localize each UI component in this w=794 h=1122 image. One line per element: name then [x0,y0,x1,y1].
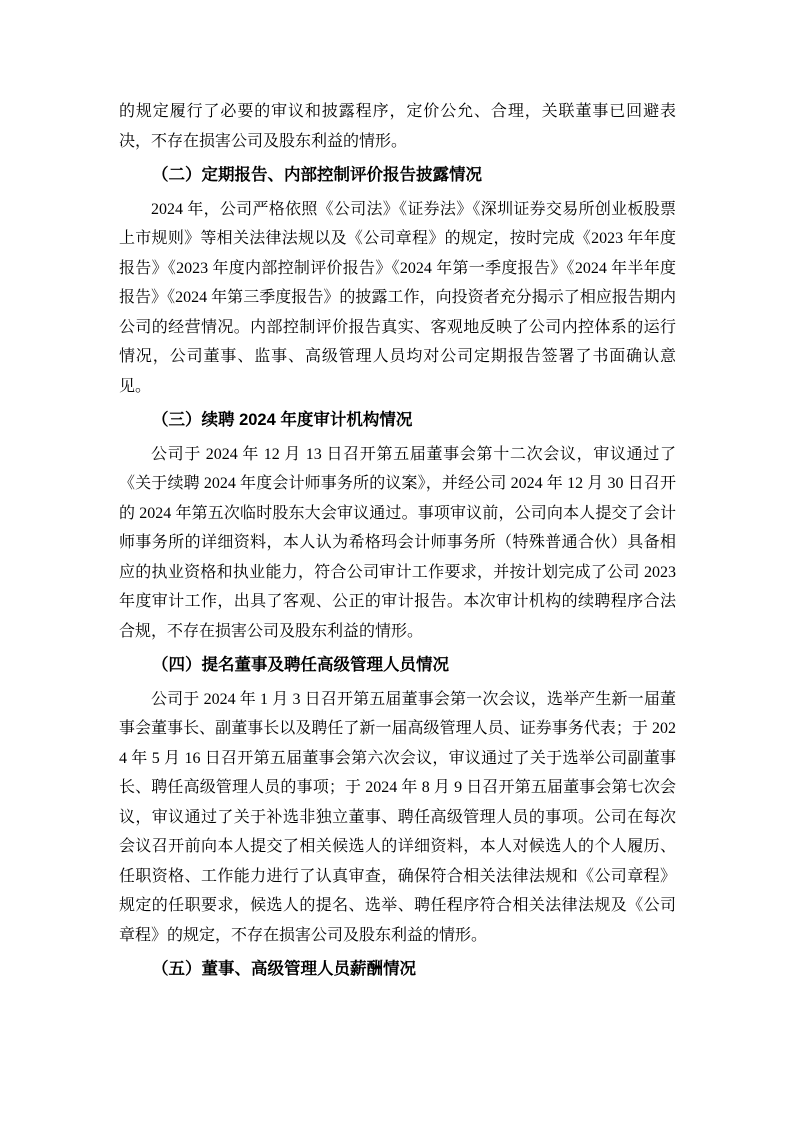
section-heading: （五）董事、高级管理人员薪酬情况 [119,955,676,985]
section-heading: （二）定期报告、内部控制评价报告披露情况 [119,161,676,191]
section-heading: （四）提名董事及聘任高级管理人员情况 [119,651,676,681]
document-content: 的规定履行了必要的审议和披露程序，定价公允、合理，关联董事已回避表决，不存在损害… [119,97,676,985]
body-paragraph: 公司于 2024 年 12 月 13 日召开第五届董事会第十二次会议，审议通过了… [119,440,676,647]
section-heading: （三）续聘 2024 年度审计机构情况 [119,406,676,436]
body-paragraph: 2024 年，公司严格依照《公司法》《证券法》《深圳证券交易所创业板股票上市规则… [119,195,676,402]
document-page: 的规定履行了必要的审议和披露程序，定价公允、合理，关联董事已回避表决，不存在损害… [0,0,794,1122]
body-paragraph: 公司于 2024 年 1 月 3 日召开第五届董事会第一次会议，选举产生新一届董… [119,685,676,951]
body-paragraph: 的规定履行了必要的审议和披露程序，定价公允、合理，关联董事已回避表决，不存在损害… [119,97,676,156]
